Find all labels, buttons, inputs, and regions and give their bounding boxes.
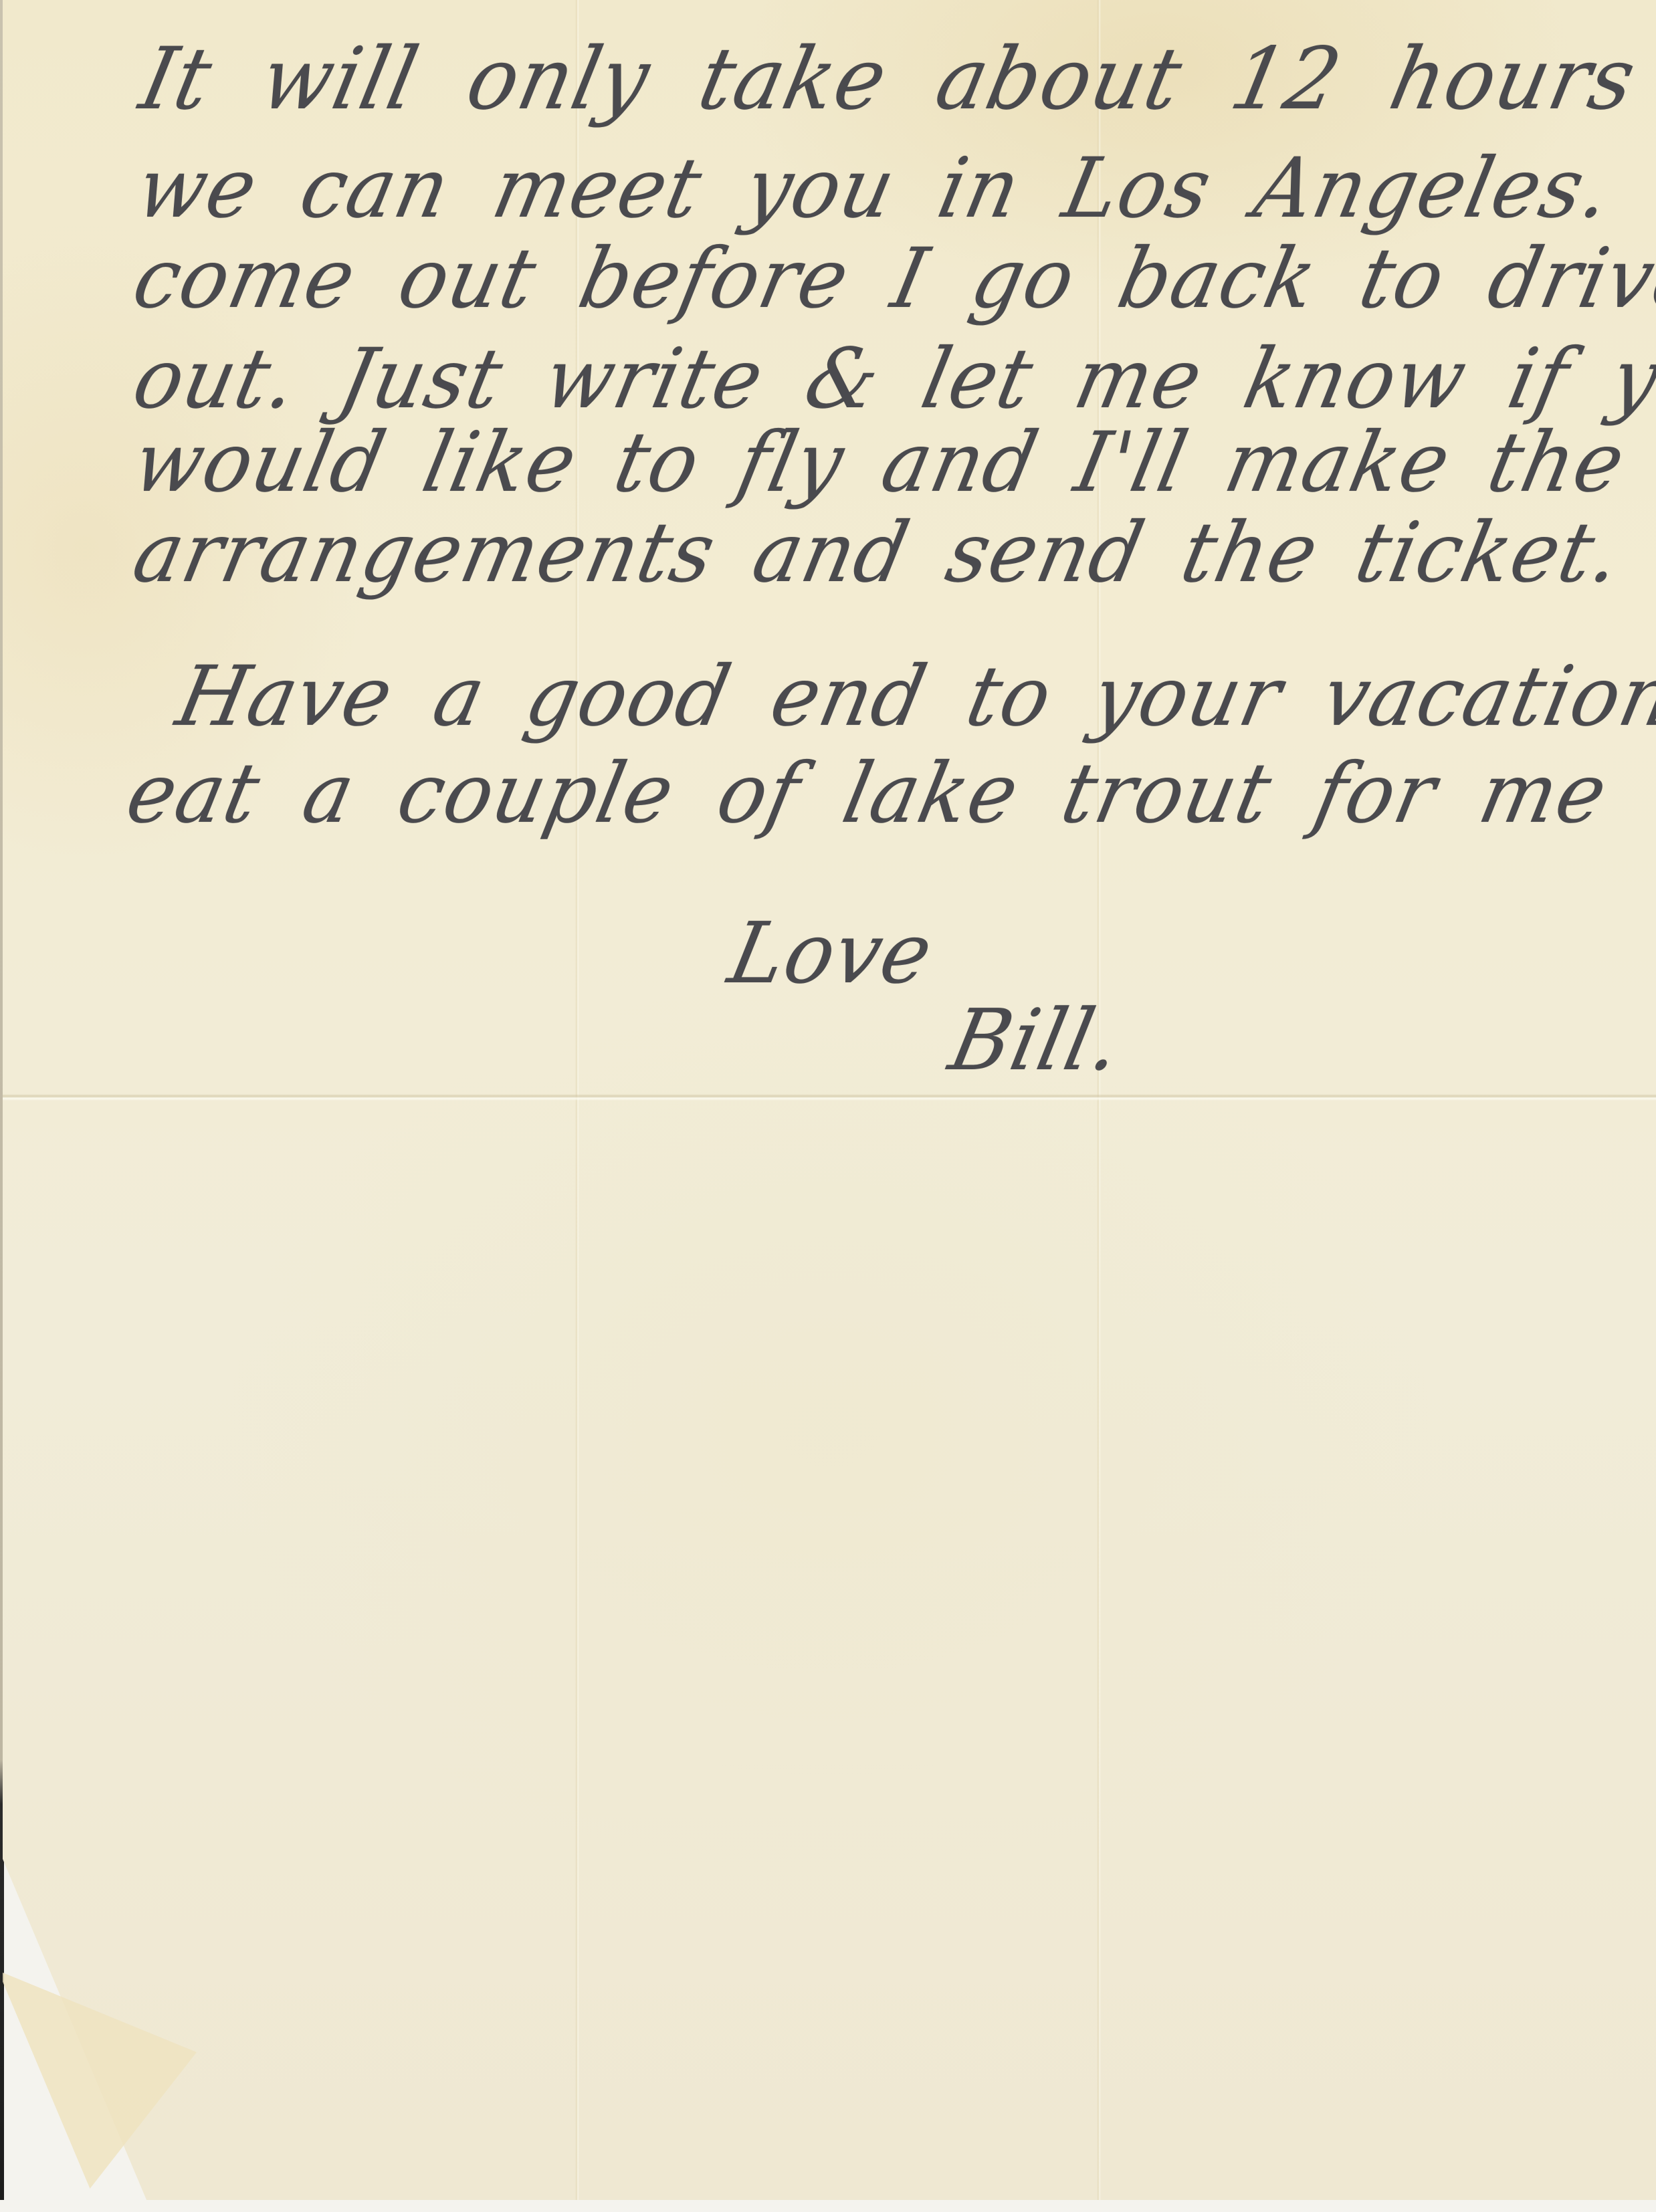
letter-closing: Love <box>722 912 940 996</box>
letter-body: It will only take about 12 hours and we … <box>0 0 1656 2212</box>
letter-line: It will only take about 12 hours and <box>134 36 1656 122</box>
letter-line: we can meet you in Los Angeles. You coul… <box>130 146 1656 229</box>
letter-signature: Bill. <box>943 999 1129 1083</box>
letter-line: come out before I go back to drive Dick <box>127 237 1656 320</box>
letter-line: arrangements and send the ticket. <box>127 511 1629 594</box>
letter-line: eat a couple of lake trout for me <box>120 752 1615 835</box>
letter-line: would like to fly and I'll make the <box>127 421 1633 504</box>
letter-line: out. Just write & let me know if you <box>127 337 1656 420</box>
letter-line: Have a good end to your vacation & <box>171 655 1656 738</box>
